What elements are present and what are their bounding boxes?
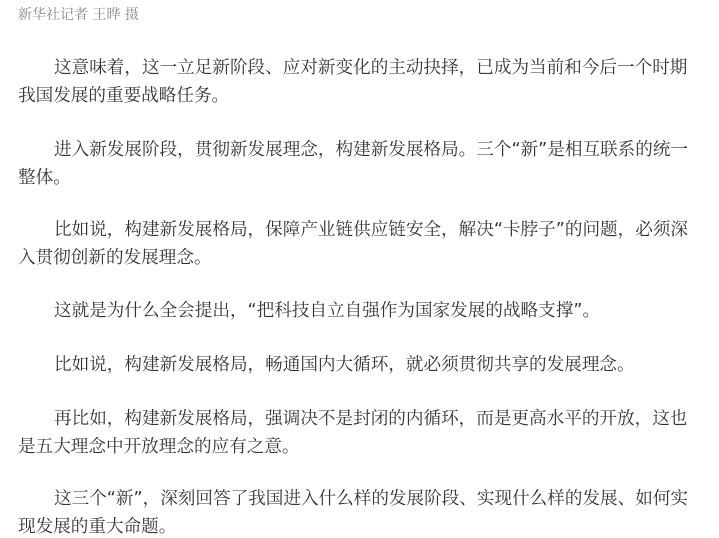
paragraph-6: 再比如，构建新发展格局，强调决不是封闭的内循环，而是更高水平的开放，这也是五大理… xyxy=(18,405,702,461)
paragraph-3: 比如说，构建新发展格局，保障产业链供应链安全，解决“卡脖子”的问题，必须深入贯彻… xyxy=(18,216,702,272)
paragraph-2: 进入新发展阶段，贯彻新发展理念，构建新发展格局。三个“新”是相互联系的统一整体。 xyxy=(18,136,702,192)
paragraph-1: 这意味着，这一立足新阶段、应对新变化的主动抉择，已成为当前和今后一个时期我国发展… xyxy=(18,54,702,110)
paragraph-5: 比如说，构建新发展格局，畅通国内大循环，就必须贯彻共享的发展理念。 xyxy=(18,351,702,379)
article-body: 新华社记者 王晔 摄 这意味着，这一立足新阶段、应对新变化的主动抉择，已成为当前… xyxy=(0,0,719,538)
paragraph-7: 这三个“新”，深刻回答了我国进入什么样的发展阶段、实现什么样的发展、如何实现发展… xyxy=(18,485,702,538)
photo-caption: 新华社记者 王晔 摄 xyxy=(18,6,139,24)
paragraph-4: 这就是为什么全会提出，“把科技自立自强作为国家发展的战略支撑”。 xyxy=(18,297,702,325)
